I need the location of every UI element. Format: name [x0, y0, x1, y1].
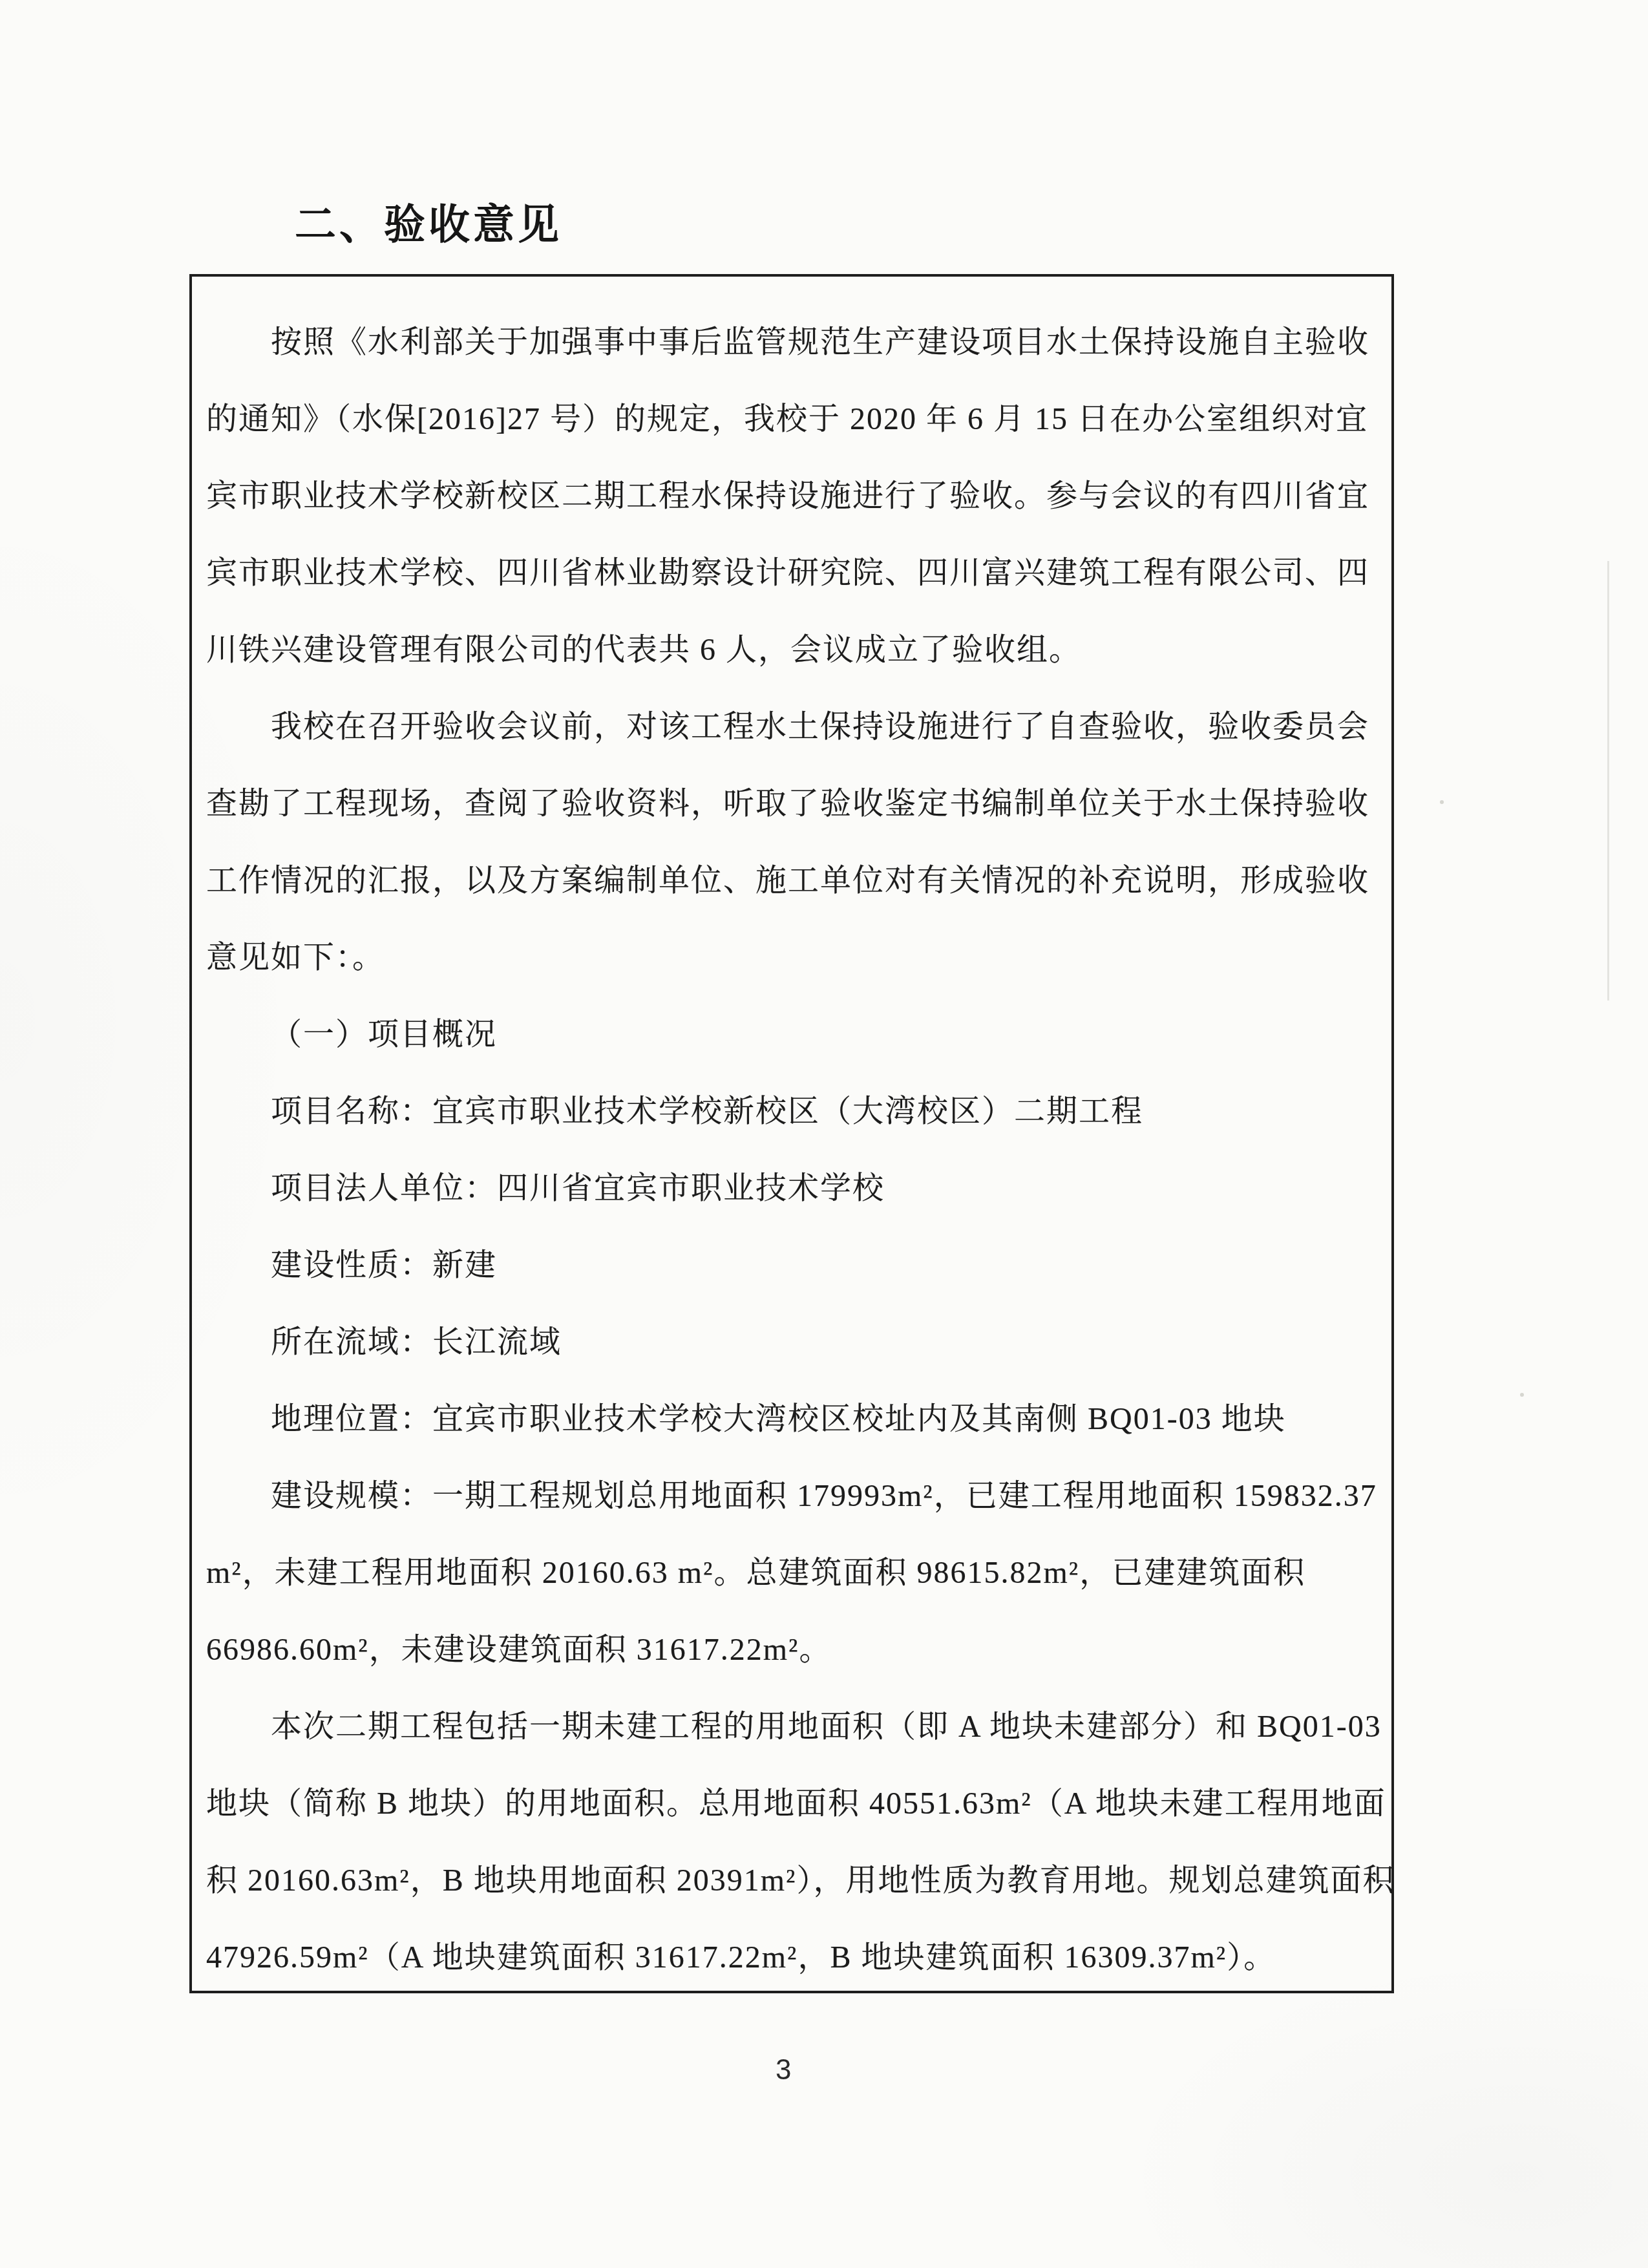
text-line: 项目法人单位：四川省宜宾市职业技术学校 [206, 1150, 1375, 1227]
text-line: 川铁兴建设管理有限公司的代表共 6 人，会议成立了验收组。 [206, 611, 1375, 688]
scan-artifact [1440, 800, 1444, 804]
text-line: 项目名称：宜宾市职业技术学校新校区（大湾校区）二期工程 [206, 1073, 1375, 1150]
page-number: 3 [776, 2054, 791, 2086]
text-line: 积 20160.63m²，B 地块用地面积 20391m²），用地性质为教育用地… [206, 1842, 1375, 1919]
text-line: 我校在召开验收会议前，对该工程水土保持设施进行了自查验收，验收委员会 [206, 688, 1375, 765]
text-line: 宾市职业技术学校、四川省林业勘察设计研究院、四川富兴建筑工程有限公司、四 [206, 535, 1375, 611]
scan-artifact [1607, 561, 1609, 1001]
text-line: m²，未建工程用地面积 20160.63 m²。总建筑面积 98615.82m²… [206, 1534, 1375, 1611]
text-line: 47926.59m²（A 地块建筑面积 31617.22m²，B 地块建筑面积 … [206, 1919, 1375, 1996]
text-line: 地块（简称 B 地块）的用地面积。总用地面积 40551.63m²（A 地块未建… [206, 1765, 1375, 1842]
text-line: 工作情况的汇报，以及方案编制单位、施工单位对有关情况的补充说明，形成验收 [206, 842, 1375, 919]
section-heading: 二、验收意见 [295, 191, 562, 251]
content-box: 按照《水利部关于加强事中事后监管规范生产建设项目水土保持设施自主验收 的通知》（… [189, 274, 1394, 1993]
text-line: 地理位置：宜宾市职业技术学校大湾校区校址内及其南侧 BQ01-03 地块 [206, 1381, 1375, 1457]
text-line: 所在流域：长江流域 [206, 1304, 1375, 1381]
text-line: 建设规模：一期工程规划总用地面积 179993m²，已建工程用地面积 15983… [206, 1457, 1375, 1534]
text-line: 按照《水利部关于加强事中事后监管规范生产建设项目水土保持设施自主验收 [206, 304, 1375, 381]
text-line: 66986.60m²，未建设建筑面积 31617.22m²。 [206, 1611, 1375, 1688]
text-line: 本次二期工程包括一期未建工程的用地面积（即 A 地块未建部分）和 BQ01-03 [206, 1688, 1375, 1765]
box-content: 按照《水利部关于加强事中事后监管规范生产建设项目水土保持设施自主验收 的通知》（… [192, 277, 1391, 1996]
text-line: 宾市职业技术学校新校区二期工程水保持设施进行了验收。参与会议的有四川省宜 [206, 458, 1375, 535]
text-line: （一）项目概况 [206, 996, 1375, 1073]
scan-artifact [1520, 1393, 1524, 1397]
text-line: 查勘了工程现场，查阅了验收资料，听取了验收鉴定书编制单位关于水土保持验收 [206, 765, 1375, 842]
text-line: 建设性质：新建 [206, 1227, 1375, 1304]
text-line: 意见如下：。 [206, 919, 1375, 996]
text-line: 的通知》（水保[2016]27 号）的规定，我校于 2020 年 6 月 15 … [206, 381, 1375, 458]
